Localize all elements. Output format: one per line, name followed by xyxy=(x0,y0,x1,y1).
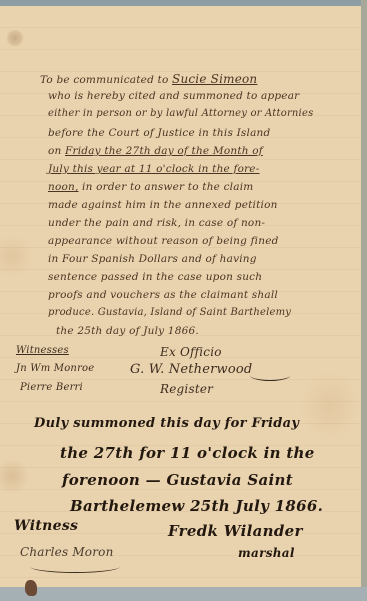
line-text: proofs and vouchers as the claimant shal… xyxy=(48,289,278,301)
line-text: made against him in the annexed petition xyxy=(48,199,278,211)
ex-officio-label: Ex Officio xyxy=(160,345,222,359)
summons-line-10: appearance without reason of being fined xyxy=(48,235,279,247)
return-line-4: Barthelemew 25th July 1866. xyxy=(70,497,323,515)
summons-line-13: proofs and vouchers as the claimant shal… xyxy=(48,289,278,301)
backing-board-bottom xyxy=(0,587,367,601)
hearing-time: July this year at 11 o'clock in the fore… xyxy=(48,163,259,175)
line-text: either in person or by lawful Attorney o… xyxy=(48,108,313,119)
ink-stain xyxy=(25,580,37,596)
witness-signature-1: Jn Wm Monroe xyxy=(16,363,94,374)
witness-label: Witness xyxy=(14,518,78,534)
hearing-date: Friday the 27th day of the Month of xyxy=(65,145,263,157)
witness-signature-2: Pierre Berri xyxy=(20,382,83,393)
return-line-3: forenoon — Gustavia Saint xyxy=(62,471,293,489)
summons-line-14: produce. Gustavia, Island of Saint Barth… xyxy=(48,307,291,318)
summons-line-9: under the pain and risk, in case of non- xyxy=(48,217,265,229)
return-line-2: the 27th for 11 o'clock in the xyxy=(60,444,315,462)
summons-line-5: on Friday the 27th day of the Month of xyxy=(48,145,263,157)
line-text: appearance without reason of being fined xyxy=(48,235,279,247)
signature-flourish xyxy=(250,370,290,381)
witness-signature-3: Charles Moron xyxy=(20,545,114,559)
summons-line-2: who is hereby cited and summoned to appe… xyxy=(48,90,299,102)
backing-board-right xyxy=(361,0,367,601)
line-text: sentence passed in the case upon such xyxy=(48,271,262,283)
line-text: in order to answer to the claim xyxy=(79,181,254,193)
line-text: before the Court of Justice in this Isla… xyxy=(48,127,270,139)
registrar-signature: G. W. Netherwood xyxy=(130,362,252,377)
marshal-signature: Fredk Wilander xyxy=(168,522,303,540)
summons-line-7: noon, in order to answer to the claim xyxy=(48,181,253,193)
line-text: who is hereby cited and summoned to appe… xyxy=(48,90,299,102)
summons-line-12: sentence passed in the case upon such xyxy=(48,271,262,283)
marshal-title: marshal xyxy=(238,546,295,560)
summons-line-6: July this year at 11 o'clock in the fore… xyxy=(48,163,259,175)
line-text: on xyxy=(48,145,65,157)
return-line-1: Duly summoned this day for Friday xyxy=(34,416,299,431)
summons-line-4: before the Court of Justice in this Isla… xyxy=(48,127,270,139)
summons-line-8: made against him in the annexed petition xyxy=(48,199,278,211)
line-text: under the pain and risk, in case of non- xyxy=(48,217,265,229)
summons-line-3: either in person or by lawful Attorney o… xyxy=(48,108,313,119)
summons-line-11: in Four Spanish Dollars and of having xyxy=(48,253,257,265)
summons-date: the 25th day of July 1866. xyxy=(56,325,199,337)
registrar-title: Register xyxy=(160,382,213,396)
line-text: noon, xyxy=(48,181,79,193)
summons-line-15: the 25th day of July 1866. xyxy=(56,325,199,337)
line-text: produce. Gustavia, Island of Saint Barth… xyxy=(48,307,291,318)
addressee-name: Sucie Simeon xyxy=(172,72,257,86)
line-text: in Four Spanish Dollars and of having xyxy=(48,253,257,265)
witnesses-label: Witnesses xyxy=(16,345,69,356)
signature-flourish xyxy=(30,560,120,573)
line-text: To be communicated to xyxy=(40,74,172,86)
summons-line-1: To be communicated to Sucie Simeon xyxy=(40,72,257,86)
